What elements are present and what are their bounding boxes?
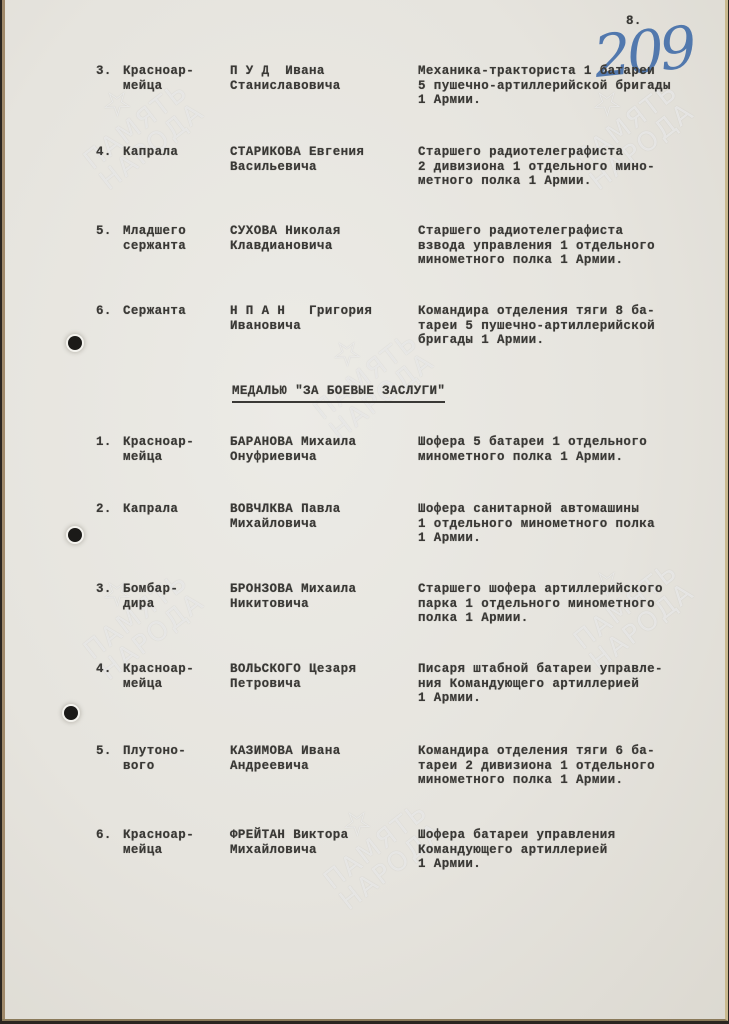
section-title: МЕДАЛЬЮ "ЗА БОЕВЫЕ ЗАСЛУГИ" <box>232 384 445 403</box>
entry-description: Старшего радиотелеграфиста взвода управл… <box>418 224 655 268</box>
entry-number: 6. <box>96 304 112 319</box>
entry-description: Командира отделения тяги 6 ба- тареи 2 д… <box>418 744 655 788</box>
entry-number: 6. <box>96 828 112 843</box>
entry-number: 1. <box>96 435 112 450</box>
entry-rank: Красноар- мейца <box>123 828 194 857</box>
document-page: ☆ ПАМЯТЬНАРОДА ☆ ПАМЯТЬНАРОДА ☆ ПАМЯТЬНА… <box>2 0 728 1021</box>
entry-name: Н П А Н Григория Ивановича <box>230 304 372 333</box>
entry-number: 3. <box>96 64 112 79</box>
entry-name: СТАРИКОВА Евгения Васильевича <box>230 145 364 174</box>
punch-hole <box>64 706 78 720</box>
entry-number: 5. <box>96 744 112 759</box>
entry-name: ФРЕЙТАН Виктора Михайловича <box>230 828 349 857</box>
entry-number: 4. <box>96 662 112 677</box>
punch-hole <box>68 336 82 350</box>
entry-description: Командира отделения тяги 8 ба- тареи 5 п… <box>418 304 655 348</box>
entry-rank: Бомбар- дира <box>123 582 178 611</box>
entry-number: 3. <box>96 582 112 597</box>
entry-name: БАРАНОВА Михаила Онуфриевича <box>230 435 356 464</box>
entry-rank: Капрала <box>123 502 178 517</box>
entry-rank: Красноар- мейца <box>123 662 194 691</box>
entry-description: Писаря штабной батареи управле- ния Кома… <box>418 662 663 706</box>
entry-number: 4. <box>96 145 112 160</box>
entry-description: Старшего радиотелеграфиста 2 дивизиона 1… <box>418 145 655 189</box>
punch-hole <box>68 528 82 542</box>
entry-name: ВОВЧЛКВА Павла Михайловича <box>230 502 341 531</box>
entry-number: 2. <box>96 502 112 517</box>
entry-description: Механика-тракториста 1 батареи 5 пушечно… <box>418 64 671 108</box>
entry-rank: Младшего сержанта <box>123 224 186 253</box>
entry-number: 5. <box>96 224 112 239</box>
entry-rank: Красноар- мейца <box>123 435 194 464</box>
entry-name: ВОЛЬСКОГО Цезаря Петровича <box>230 662 356 691</box>
entry-description: Шофера батареи управления Командующего а… <box>418 828 616 872</box>
entry-rank: Сержанта <box>123 304 186 319</box>
entry-name: БРОНЗОВА Михаила Никитовича <box>230 582 356 611</box>
entry-description: Старшего шофера артиллерийского парка 1 … <box>418 582 663 626</box>
entry-description: Шофера санитарной автомашины 1 отдельног… <box>418 502 655 546</box>
star-icon: ☆ <box>299 771 417 874</box>
entry-rank: Капрала <box>123 145 178 160</box>
entry-name: СУХОВА Николая Клавдиановича <box>230 224 341 253</box>
entry-name: П У Д Ивана Станиславовича <box>230 64 341 93</box>
entry-rank: Красноар- мейца <box>123 64 194 93</box>
entry-description: Шофера 5 батареи 1 отдельного минометног… <box>418 435 647 464</box>
entry-name: КАЗИМОВА Ивана Андреевича <box>230 744 341 773</box>
entry-rank: Плутонo- вого <box>123 744 186 773</box>
